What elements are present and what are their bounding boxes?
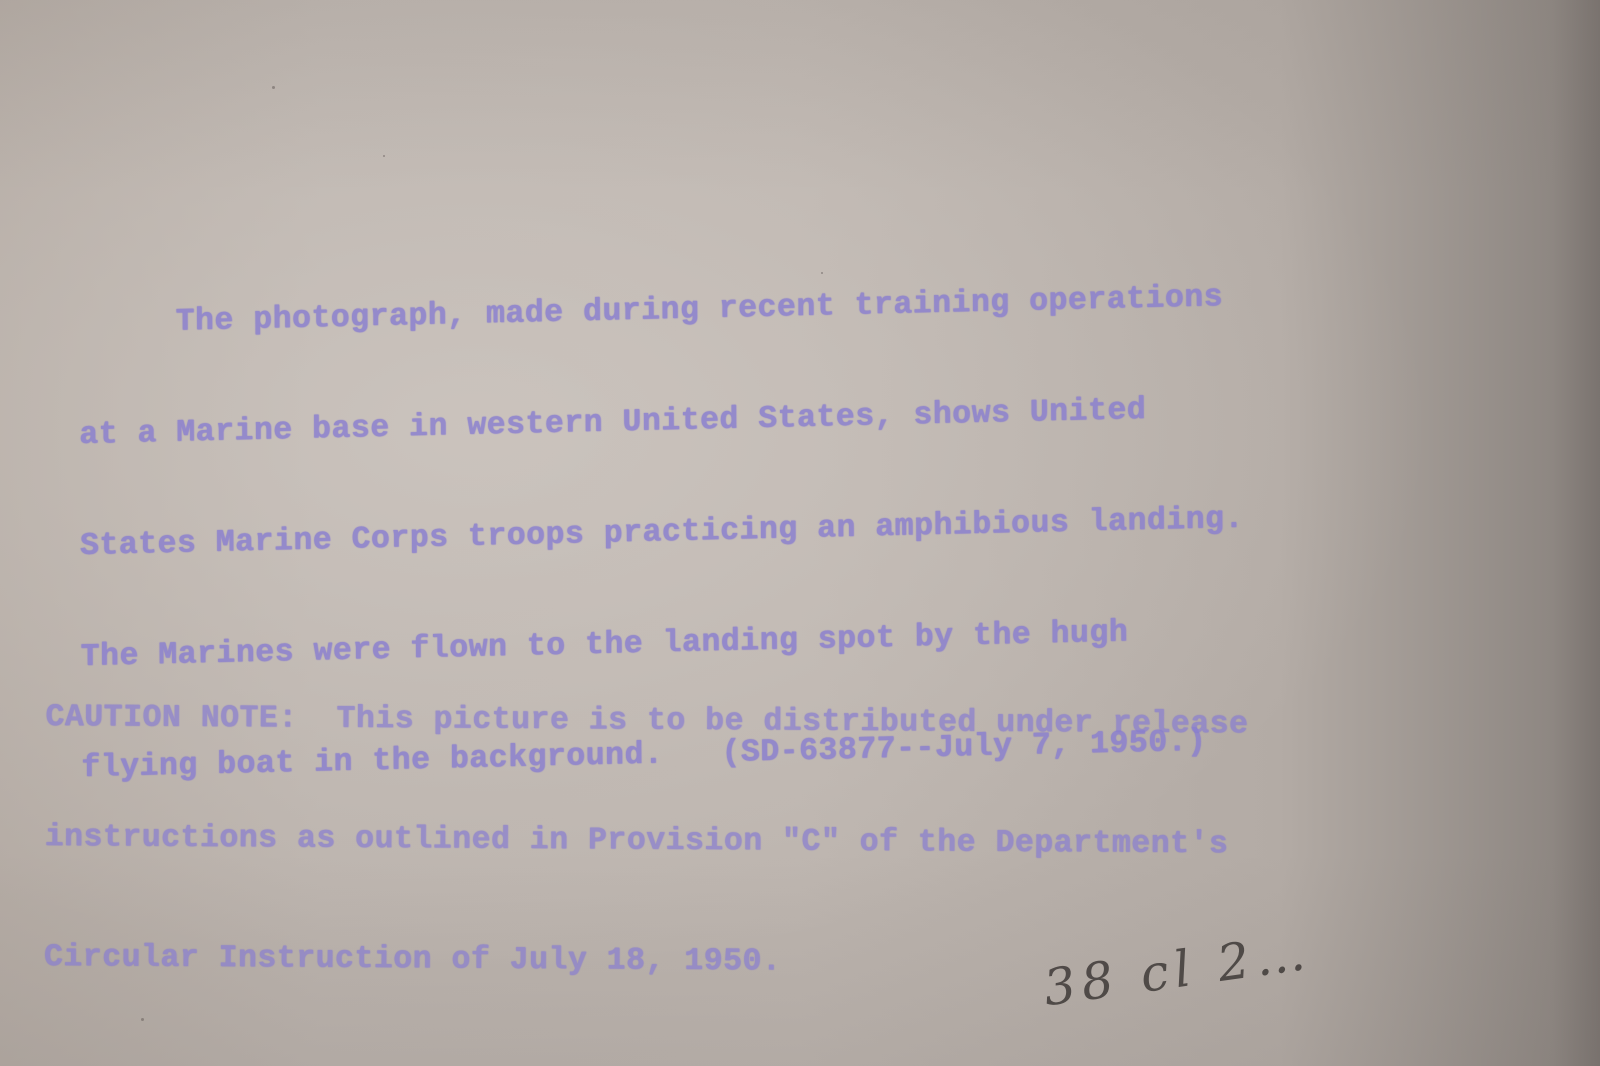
paper-speck — [383, 155, 385, 157]
caution-line: instructions as outlined in Provision "C… — [45, 818, 1248, 865]
caption-line: at a Marine base in western United State… — [79, 390, 1243, 454]
caption-line: The photograph, made during recent train… — [78, 279, 1242, 343]
paper-speck — [141, 1018, 144, 1021]
caption-line: States Marine Corps troops practicing an… — [80, 501, 1244, 565]
paper-speck — [272, 86, 275, 89]
paper-speck — [821, 272, 823, 274]
caution-line: CAUTION NOTE: This picture is to be dist… — [45, 698, 1248, 745]
